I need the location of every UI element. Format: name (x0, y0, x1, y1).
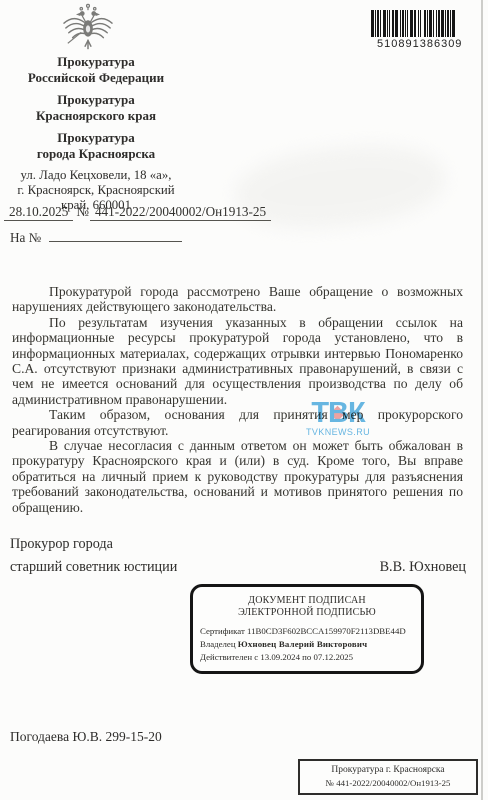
address-line2: г. Красноярск, Красноярский (6, 183, 186, 198)
org-krai-line2: Красноярского края (6, 108, 186, 124)
org-federation-line1: Прокуратура (6, 54, 186, 70)
russia-coat-of-arms-icon (59, 2, 117, 52)
esign-title-line2: ЭЛЕКТРОННОЙ ПОДПИСЬЮ (200, 607, 414, 619)
barcode: 510891 386309 (371, 10, 465, 50)
org-federation-line2: Российской Федерации (6, 70, 186, 86)
page-edge-line (481, 0, 483, 800)
body-paragraph-4: В случае несогласия с данным ответом он … (12, 438, 463, 515)
esign-certificate: Сертификат 11B0CD3F602BCCA159970F2113DBE… (200, 625, 414, 638)
reference-block: 28.10.2025№441-2022/20040002/Он1913-25 Н… (4, 204, 271, 246)
letterhead: Прокуратура Российской Федерации Прокура… (6, 54, 186, 213)
outgoing-reference: 28.10.2025№441-2022/20040002/Он1913-25 (4, 204, 271, 220)
body-paragraph-2: По результатам изучения указанных в обра… (12, 315, 463, 407)
org-krai: Прокуратура Красноярского края (6, 92, 186, 123)
esign-validity: Действителен с 13.09.2024 по 07.12.2025 (200, 651, 414, 664)
reply-blank-line (49, 230, 182, 242)
document-page: Прокуратура Российской Федерации Прокура… (0, 0, 488, 800)
outgoing-date: 28.10.2025 (4, 204, 73, 221)
stamp-org: Прокуратура г. Красноярска (302, 765, 474, 776)
esign-owner: Владелец Юхновец Валерий Викторович (200, 638, 414, 651)
reply-reference: На № (4, 230, 271, 246)
signer-rank: старший советник юстиции (10, 559, 177, 576)
executor-contact: Погодаева Ю.В. 299-15-20 (10, 729, 162, 745)
barcode-digits-left: 510891 (377, 38, 420, 50)
esign-cert-value: 11B0CD3F602BCCA159970F2113DBE44D (247, 626, 406, 636)
esign-cert-label: Сертификат (200, 626, 245, 636)
letter-body: Прокуратурой города рассмотрено Ваше обр… (12, 284, 463, 515)
signer-name: В.В. Юхновец (380, 559, 466, 576)
address-line1: ул. Ладо Кецховели, 18 «а», (6, 168, 186, 183)
org-city: Прокуратура города Красноярска (6, 130, 186, 161)
registration-stamp: Прокуратура г. Красноярска № 441-2022/20… (298, 759, 478, 795)
stamp-number: № 441-2022/20040002/Он1913-25 (302, 778, 474, 789)
org-krai-line1: Прокуратура (6, 92, 186, 108)
number-sign: № (76, 204, 89, 219)
esign-box: ДОКУМЕНТ ПОДПИСАН ЭЛЕКТРОННОЙ ПОДПИСЬЮ С… (190, 584, 424, 674)
outgoing-number: 441-2022/20040002/Он1913-25 (90, 204, 271, 221)
signature-row: старший советник юстиции В.В. Юхновец (10, 559, 466, 576)
barcode-digits: 510891 386309 (371, 37, 465, 50)
reply-label: На № (10, 230, 41, 245)
body-paragraph-1: Прокуратурой города рассмотрено Ваше обр… (12, 284, 463, 315)
barcode-digits-right: 386309 (420, 38, 463, 50)
body-paragraph-3: Таким образом, основания для принятия ме… (12, 407, 463, 438)
org-city-line2: города Красноярска (6, 146, 186, 162)
signer-post: Прокурор города (10, 536, 113, 553)
esign-owner-label: Владелец (200, 639, 236, 649)
org-city-line1: Прокуратура (6, 130, 186, 146)
esign-title: ДОКУМЕНТ ПОДПИСАН ЭЛЕКТРОННОЙ ПОДПИСЬЮ (200, 595, 414, 618)
esign-owner-value: Юхновец Валерий Викторович (238, 639, 368, 649)
esign-title-line1: ДОКУМЕНТ ПОДПИСАН (200, 595, 414, 607)
barcode-bars (371, 10, 465, 37)
org-federation: Прокуратура Российской Федерации (6, 54, 186, 85)
